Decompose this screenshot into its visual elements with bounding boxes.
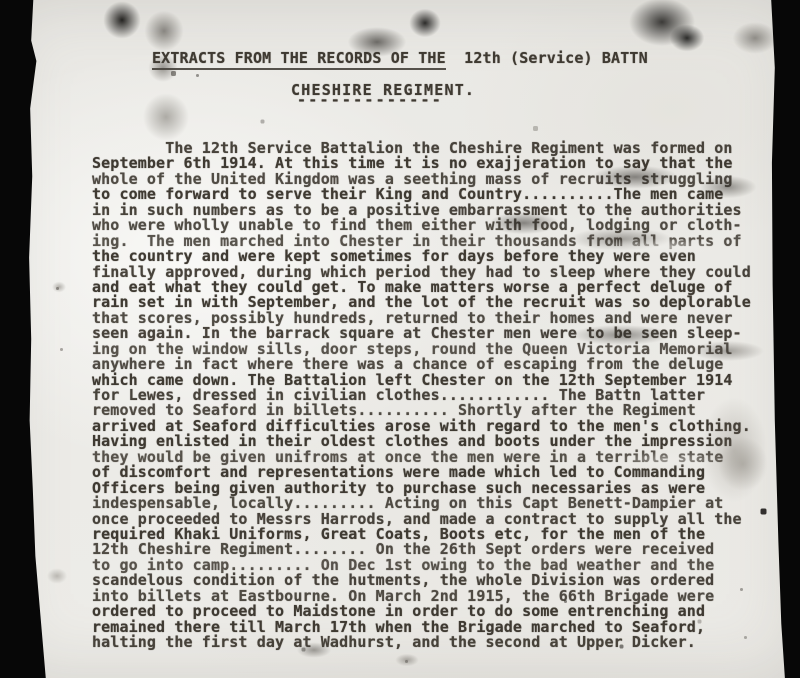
document-body: The 12th Service Battalion the Cheshire … (92, 141, 751, 650)
ink-stain (618, 0, 706, 54)
text-line: ing. The men marched into Chester in the… (92, 234, 751, 249)
text-line: The 12th Service Battalion the Cheshire … (92, 141, 751, 156)
scan-edge-right (764, 0, 800, 678)
ink-stain (50, 280, 68, 294)
text-line: anywhere in fact where there was a chanc… (92, 357, 751, 372)
text-line: finally approved, during which period th… (92, 265, 751, 280)
text-line: removed to Seaford in billets.......... … (92, 403, 751, 418)
document-title: EXTRACTS FROM THE RECORDS OF THE 12th (S… (152, 49, 648, 67)
ink-stain (44, 566, 70, 586)
text-line: they would be given unifroms at once the… (92, 450, 751, 465)
scan-edge-left (0, 0, 52, 678)
scanned-document-page: EXTRACTS FROM THE RECORDS OF THE 12th (S… (0, 0, 800, 678)
ink-stain (96, 0, 148, 46)
ink-stain (664, 20, 710, 56)
title-rest-part: 12th (Service) BATTN (446, 49, 648, 67)
text-line: whole of the United Kingdom was a seethi… (92, 172, 751, 187)
text-line: into billets at Eastbourne. On March 2nd… (92, 589, 751, 604)
title-divider: ------------- (297, 91, 443, 109)
ink-stain (404, 4, 446, 42)
text-line: halting the first day at Wadhurst, and t… (92, 635, 751, 650)
text-line: once proceeded to Messrs Harrods, and ma… (92, 512, 751, 527)
title-underlined-part: EXTRACTS FROM THE RECORDS OF THE (152, 49, 446, 70)
ink-stain (392, 652, 422, 668)
